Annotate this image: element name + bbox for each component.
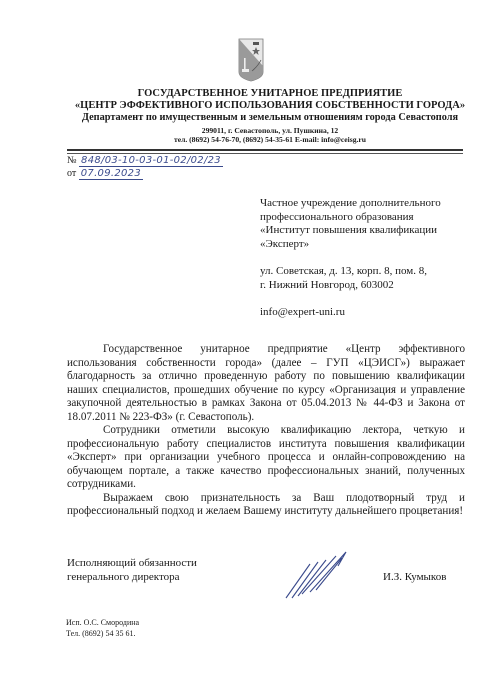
recipient-street: ул. Советская, д. 13, корп. 8, пом. 8, xyxy=(260,265,441,279)
recipient-line: профессионального образования xyxy=(260,211,441,225)
paragraph: Государственное унитарное предприятие «Ц… xyxy=(67,343,465,424)
executor-name: Исп. О.С. Смородина xyxy=(66,617,139,628)
executor-block: Исп. О.С. Смородина Тел. (8692) 54 35 61… xyxy=(66,617,139,639)
paragraph: Сотрудники отметили высокую квалификацию… xyxy=(67,424,465,492)
department: Департамент по имущественным и земельным… xyxy=(60,112,480,123)
org-address: 299011, г. Севастополь, ул. Пушкина, 12 xyxy=(60,126,480,135)
recipient-line xyxy=(260,251,441,265)
executor-phone: Тел. (8692) 54 35 61. xyxy=(66,628,139,639)
letter-body: Государственное унитарное предприятие «Ц… xyxy=(67,343,465,519)
date-label: от xyxy=(67,168,76,179)
handwritten-signature xyxy=(280,548,360,604)
recipient-email: info@expert-uni.ru xyxy=(260,306,441,320)
recipient-line: «Эксперт» xyxy=(260,238,441,252)
position-line: Исполняющий обязанности xyxy=(67,557,197,571)
recipient-city: г. Нижний Новгород, 603002 xyxy=(260,279,441,293)
org-contacts: тел. (8692) 54-76-70, (8692) 54-35-61 E-… xyxy=(60,135,480,144)
registration-date: от 07.09.2023 xyxy=(67,168,143,180)
org-name: «ЦЕНТР ЭФФЕКТИВНОГО ИСПОЛЬЗОВАНИЯ СОБСТВ… xyxy=(60,100,480,111)
recipient-line: Частное учреждение дополнительного xyxy=(260,197,441,211)
number-label: № xyxy=(67,155,77,166)
recipient-block: Частное учреждение дополнительного профе… xyxy=(260,197,441,319)
signatory-name: И.З. Кумыков xyxy=(383,571,446,583)
recipient-line xyxy=(260,292,441,306)
org-type: ГОСУДАРСТВЕННОЕ УНИТАРНОЕ ПРЕДПРИЯТИЕ xyxy=(60,88,480,99)
position-line: генерального директора xyxy=(67,571,197,585)
signatory-position: Исполняющий обязанности генерального дир… xyxy=(67,557,197,584)
date-value: 07.09.2023 xyxy=(79,168,143,180)
coat-of-arms-icon xyxy=(238,38,264,82)
paragraph: Выражаем свою признательность за Ваш пло… xyxy=(67,492,465,519)
registration-number: № 848/03-10-03-01-02/02/23 xyxy=(67,155,223,167)
number-value: 848/03-10-03-01-02/02/23 xyxy=(79,155,223,167)
header-divider xyxy=(67,149,463,154)
recipient-line: «Институт повышения квалификации xyxy=(260,224,441,238)
